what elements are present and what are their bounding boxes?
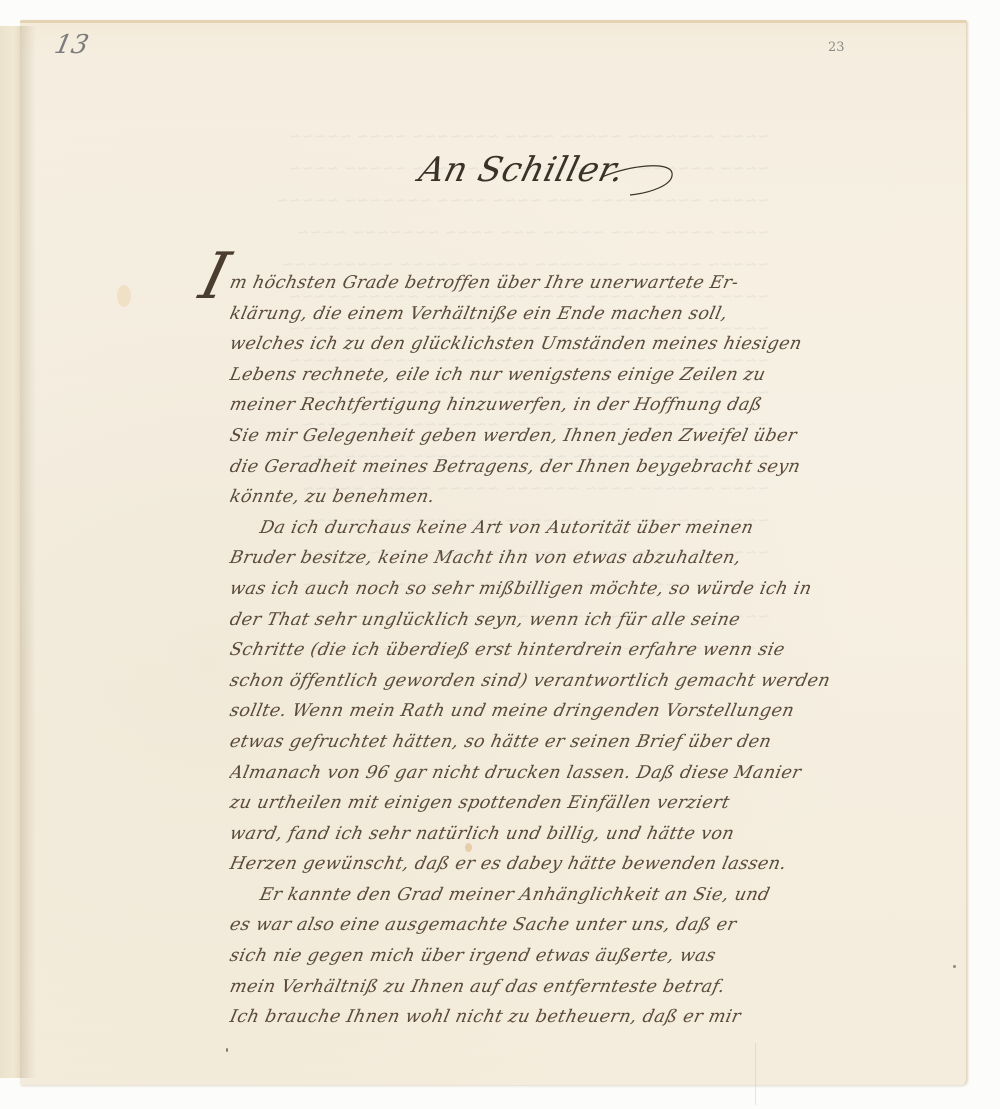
- text-line: mein Verhältniß zu Ihnen auf das entfern…: [227, 972, 974, 1003]
- text-line: sollte. Wenn mein Rath und meine dringen…: [227, 696, 974, 727]
- text-line: was ich auch noch so sehr mißbilligen mö…: [227, 574, 974, 605]
- manuscript-scan: ~~~~ ~~~~~~~ ~~~~~ ~~~~ ~~~~~~~ ~~~~ ~~~…: [0, 0, 1000, 1109]
- paragraph-start-line: Da ich durchaus keine Art von Autorität …: [227, 513, 974, 544]
- text-line: etwas gefruchtet hätten, so hätte er sei…: [227, 727, 974, 758]
- paper-fold-line: [755, 1043, 756, 1105]
- text-line: Schritte (die ich überdieß erst hinterdr…: [227, 635, 974, 666]
- letter-title: An Schiller.: [415, 150, 629, 190]
- text-line: Herzen gewünscht, daß er es dabey hätte …: [227, 849, 974, 880]
- text-line: Sie mir Gelegenheit geben werden, Ihnen …: [227, 421, 974, 452]
- folio-number-pencil: 13: [52, 30, 91, 60]
- letter-body: m höchsten Grade betroffen über Ihre une…: [230, 268, 970, 1033]
- title-flourish-decoration: [600, 155, 680, 205]
- text-line: schon öffentlich geworden sind) verantwo…: [227, 666, 974, 697]
- text-line: Lebens rechnete, eile ich nur wenigstens…: [227, 360, 974, 391]
- text-line: m höchsten Grade betroffen über Ihre une…: [227, 268, 974, 299]
- paragraph-start-line: Er kannte den Grad meiner Anhänglichkeit…: [227, 880, 974, 911]
- text-line: sich nie gegen mich über irgend etwas äu…: [227, 941, 974, 972]
- paper-stain: [117, 285, 131, 307]
- text-line: meiner Rechtfertigung hinzuwerfen, in de…: [227, 390, 974, 421]
- text-line: Ich brauche Ihnen wohl nicht zu betheuer…: [227, 1002, 974, 1033]
- text-line: zu urtheilen mit einigen spottenden Einf…: [227, 788, 974, 819]
- text-line: der That sehr unglücklich seyn, wenn ich…: [227, 605, 974, 636]
- text-line: welches ich zu den glücklichsten Umständ…: [227, 329, 974, 360]
- text-line: klärung, die einem Verhältniße ein Ende …: [227, 299, 974, 330]
- text-line: Bruder besitze, keine Macht ihn von etwa…: [227, 543, 974, 574]
- text-line: Almanach von 96 gar nicht drucken lassen…: [227, 758, 974, 789]
- page-number: 23: [828, 40, 845, 55]
- text-line: ward, fand ich sehr natürlich und billig…: [227, 819, 974, 850]
- text-line: es war also eine ausgemachte Sache unter…: [227, 910, 974, 941]
- paper-speck: [226, 1048, 228, 1052]
- text-line: könnte, zu benehmen.: [227, 482, 974, 513]
- text-line: die Geradheit meines Betragens, der Ihne…: [227, 452, 974, 483]
- binding-gutter-shadow: [20, 26, 36, 1078]
